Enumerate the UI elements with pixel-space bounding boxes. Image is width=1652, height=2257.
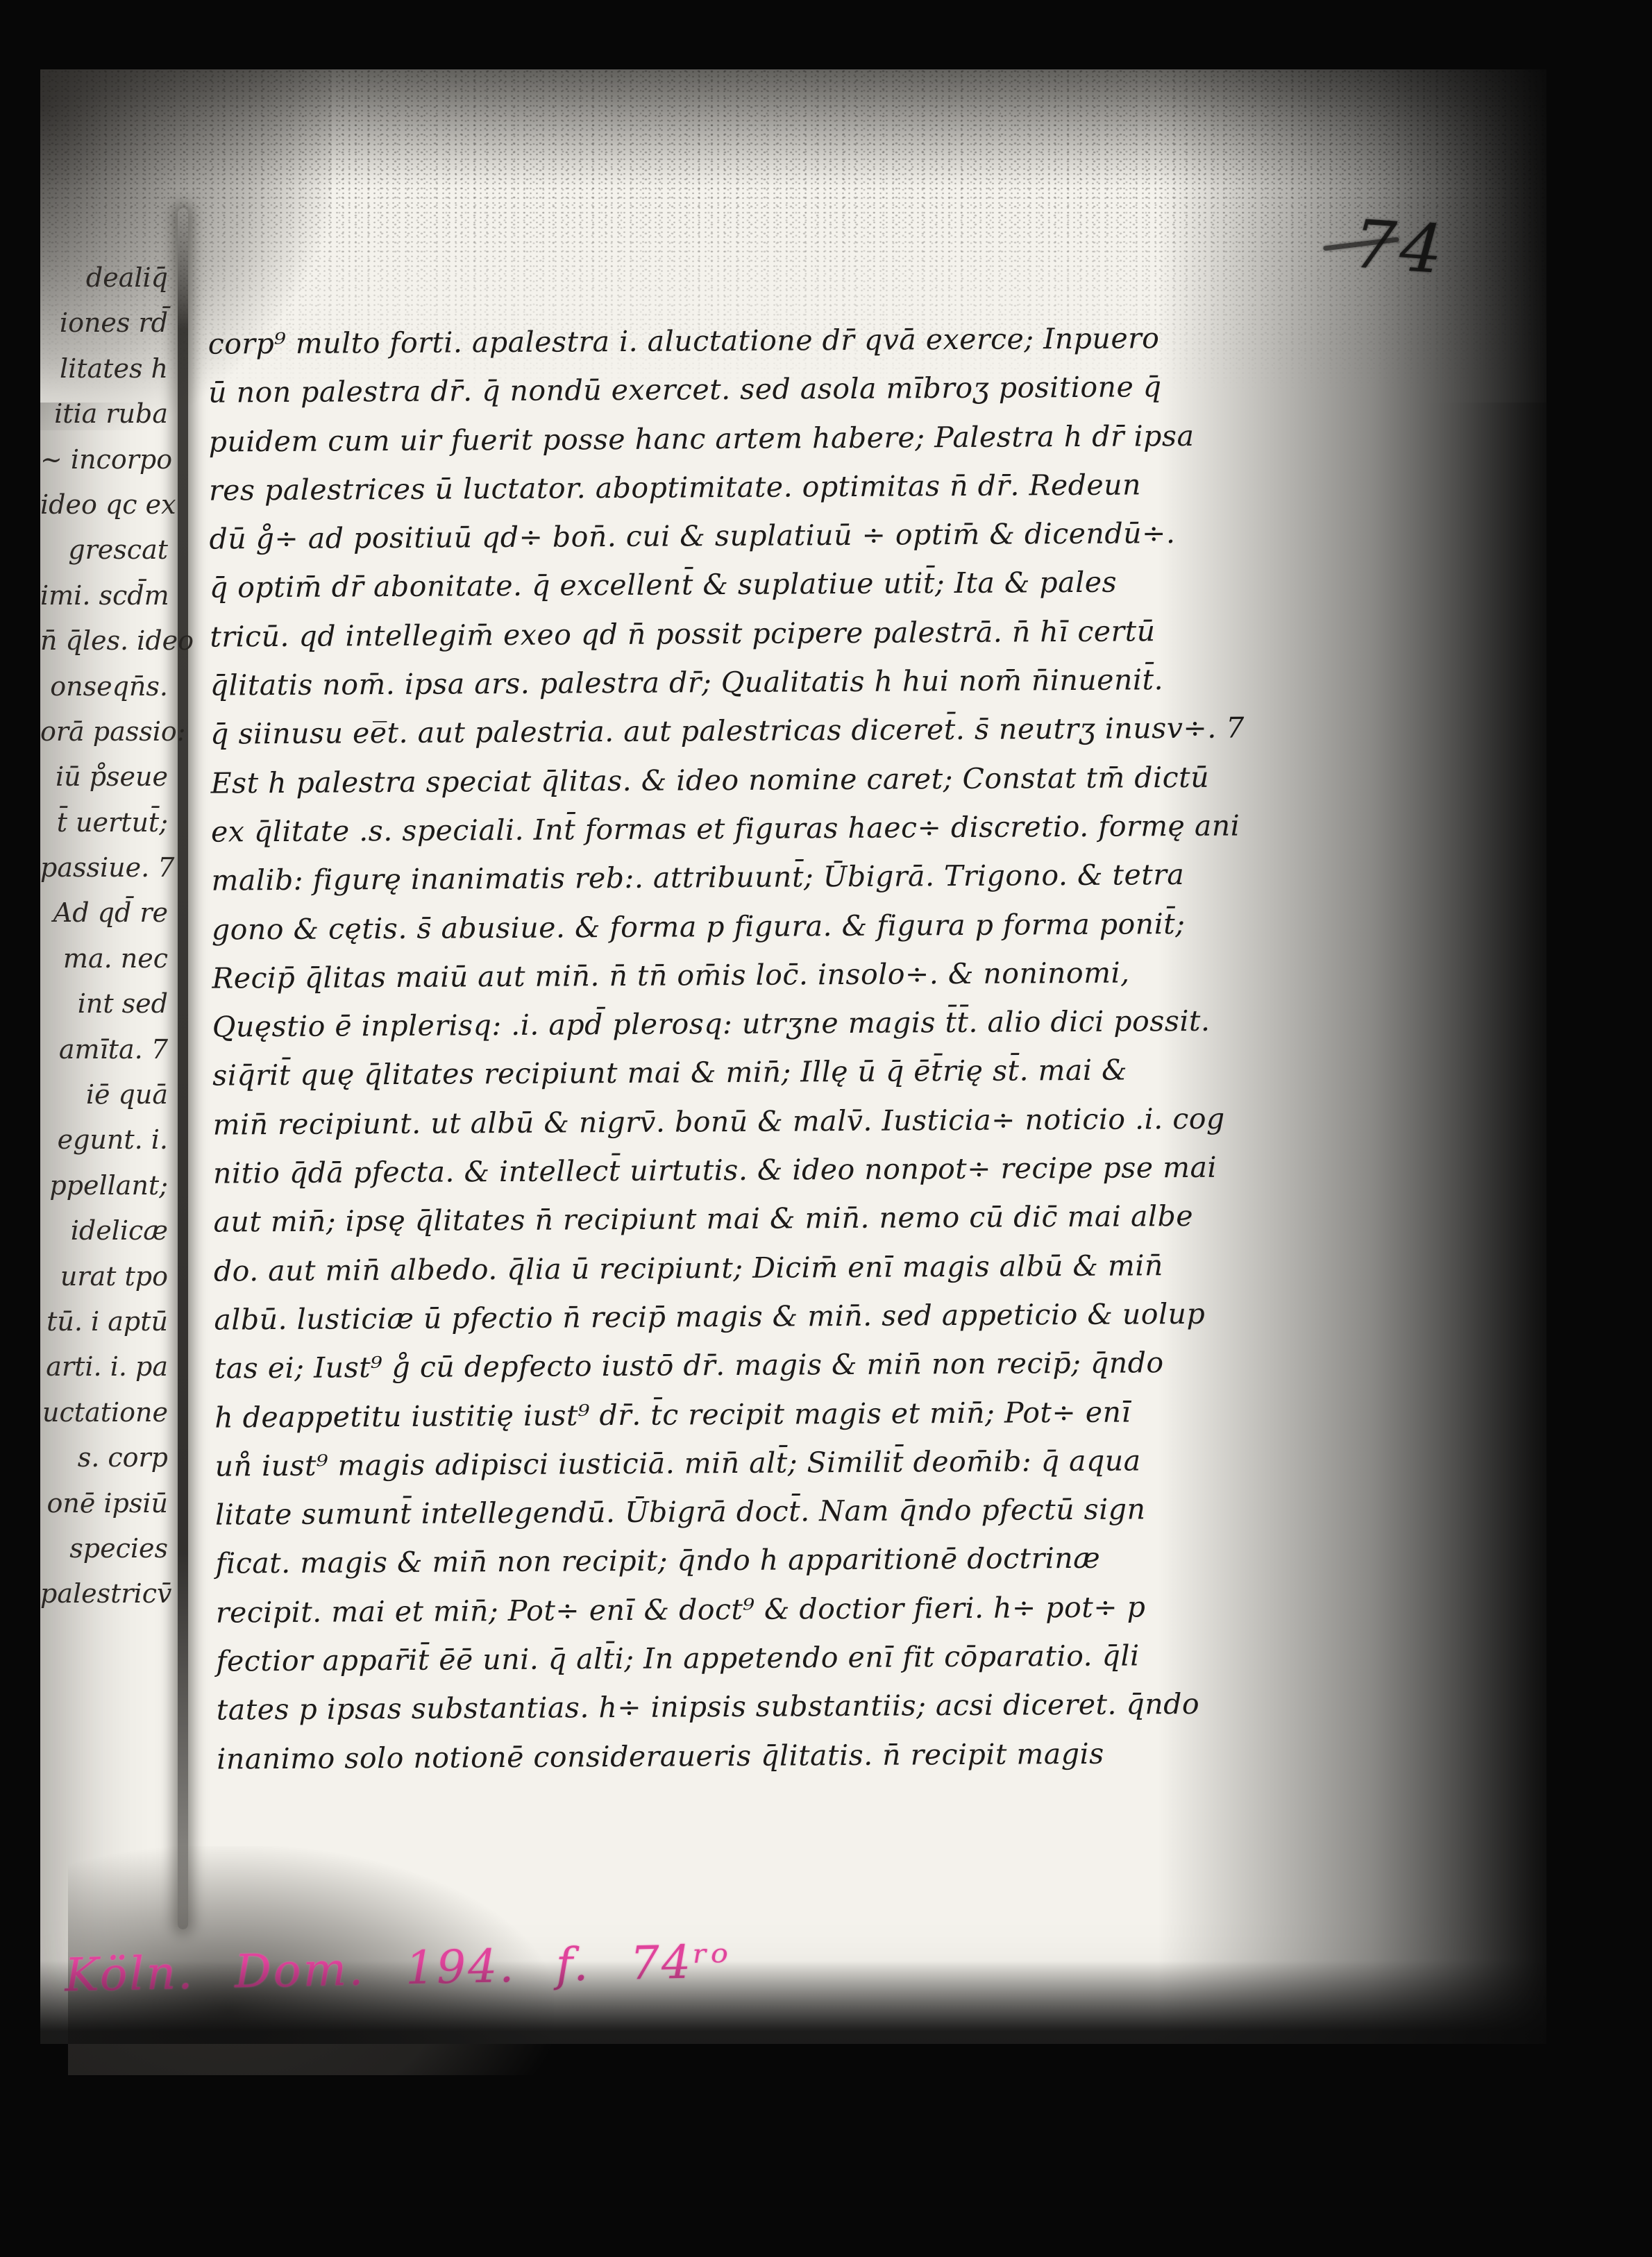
text-line: recipit. mai et min̄; Pot÷ enī & doct⁹ &… xyxy=(216,1582,1257,1637)
text-line: do. aut min̄ albedo. q̄lia ū recipiunt; … xyxy=(214,1240,1255,1295)
text-line: puidem cum uir fuerit posse hanc artem h… xyxy=(208,411,1249,466)
marginal-fragment: egunt. i. xyxy=(40,1117,174,1163)
text-line: min̄ recipiunt. ut albū & nigrv̄. bonū &… xyxy=(212,1094,1254,1149)
marginal-fragment: tū. i aptū xyxy=(40,1299,174,1344)
text-line: dū g̊÷ ad positiuū qd÷ bon̄. cui & supla… xyxy=(209,509,1250,564)
marginal-fragment: species xyxy=(40,1526,174,1571)
marginal-fragment: uctatione xyxy=(40,1390,174,1435)
right-vignette xyxy=(1158,69,1546,2044)
marginal-fragment: t̄ uertut̄; xyxy=(40,800,174,845)
marginal-fragment: grescat xyxy=(40,527,174,573)
text-line: albū. lusticiæ ū pfectio n̄ recip̄ magis… xyxy=(214,1289,1255,1344)
gutter-fold-shadow xyxy=(178,208,188,1929)
marginal-fragment: urat tpo xyxy=(40,1254,174,1299)
text-line: tricū. qd intellegim̄ exeo qd n̄ possit … xyxy=(210,606,1251,661)
marginal-fragment: ma. nec xyxy=(40,936,174,981)
text-line: siq̄rit̄ quę q̄litates recipiunt mai & m… xyxy=(212,1045,1254,1100)
text-line: inanimo solo notionē consideraueris q̄li… xyxy=(217,1728,1258,1783)
marginal-fragment: n̄ q̄les. ideo xyxy=(40,618,174,663)
marginal-fragment: onseqn̄s. xyxy=(40,664,174,709)
marginal-fragment: arti. i. pa xyxy=(40,1344,174,1389)
text-line: q̄litatis nom̄. ipsa ars. palestra dr̄; … xyxy=(210,655,1251,710)
marginal-fragment: imi. scd̄m xyxy=(40,573,174,618)
text-line: ficat. magis & min̄ non recipit; q̄ndo h… xyxy=(215,1533,1256,1588)
marginal-fragment: dealiq̄ xyxy=(40,255,174,301)
manuscript-page: dealiq̄iones rd̄litates hitia ruba~ inco… xyxy=(40,69,1546,2044)
marginal-fragment: litates h xyxy=(40,346,174,391)
marginal-fragment: Ad qd̄ re xyxy=(40,890,174,936)
bottom-vignette xyxy=(40,1961,1546,2044)
marginal-fragment: ~ incorpo xyxy=(40,437,174,482)
text-line: Est h palestra speciat q̄litas. & ideo n… xyxy=(210,752,1251,807)
text-line: corp⁹ multo forti. apalestra i. aluctati… xyxy=(208,313,1249,368)
manuscript-text-block: corp⁹ multo forti. apalestra i. aluctati… xyxy=(208,313,1258,1783)
marginal-fragment: palestricv̄ xyxy=(40,1571,174,1616)
marginal-fragment: orā passio: xyxy=(40,709,174,754)
text-line: tas ei; Iust⁹ g̊ cū depfecto iustō dr̄. … xyxy=(214,1338,1256,1393)
marginal-fragment: iē quā xyxy=(40,1072,174,1117)
text-line: fectior appar̄it̄ ēē uni. q̄ alt̄i; In a… xyxy=(216,1630,1257,1685)
text-line: res palestrices ū luctator. aboptimitate… xyxy=(209,459,1250,514)
photo-frame: { "document": { "kind": "manuscript-phot… xyxy=(0,0,1652,2257)
text-line: aut min̄; ipsę q̄litates n̄ recipiunt ma… xyxy=(213,1192,1254,1246)
marginal-fragment: ppellant; xyxy=(40,1163,174,1208)
text-line: ex q̄litate .s. speciali. Int̄ formas et… xyxy=(211,801,1252,856)
marginal-fragment: idelicæ xyxy=(40,1208,174,1253)
text-line: tates p ipsas substantias. h÷ inipsis su… xyxy=(217,1680,1258,1734)
text-line: gono & cętis. s̄ abusiue. & forma p figu… xyxy=(212,899,1253,954)
marginal-fragment: int sed xyxy=(40,981,174,1026)
text-line: q̄ siinusu ee̅t. aut palestria. aut pale… xyxy=(210,704,1251,759)
text-line: h deappetitu iustitię iust⁹ dr̄. t̄c rec… xyxy=(214,1387,1256,1442)
marginal-fragment: iū p̊seue xyxy=(40,754,174,800)
text-line: q̄ optim̄ dr̄ abonitate. q̄ excellent̄ &… xyxy=(210,557,1251,612)
marginal-fragment: passiue. 7 xyxy=(40,845,174,890)
text-line: litate sumunt̄ intellegendū. Ūbigrā doct… xyxy=(215,1485,1256,1539)
text-line: un̊ iust⁹ magis adipisci iusticiā. min̄ … xyxy=(214,1435,1256,1490)
marginal-fragment: itia ruba xyxy=(40,391,174,437)
text-line: malib: figurę inanimatis reb:. attribuun… xyxy=(211,850,1252,905)
text-line: nitio q̄dā pfecta. & intellect̄ uirtutis… xyxy=(213,1142,1254,1197)
marginal-fragment: ideo qc ex xyxy=(40,482,174,527)
text-line: Recip̄ q̄litas maiū aut min̄. n̄ tn̄ om̄… xyxy=(212,947,1253,1002)
marginal-fragments-column: dealiq̄iones rd̄litates hitia ruba~ inco… xyxy=(40,255,174,1617)
marginal-fragment: iones rd̄ xyxy=(40,301,174,346)
marginal-fragment: s. corp xyxy=(40,1435,174,1480)
marginal-fragment: onē ipsiū xyxy=(40,1481,174,1526)
text-line: ū non palestra dr̄. q̄ nondū exercet. se… xyxy=(208,362,1249,417)
marginal-fragment: amīta. 7 xyxy=(40,1027,174,1072)
text-line: Quęstio ē inplerisq: .i. apd̄ plerosq: u… xyxy=(212,997,1254,1051)
